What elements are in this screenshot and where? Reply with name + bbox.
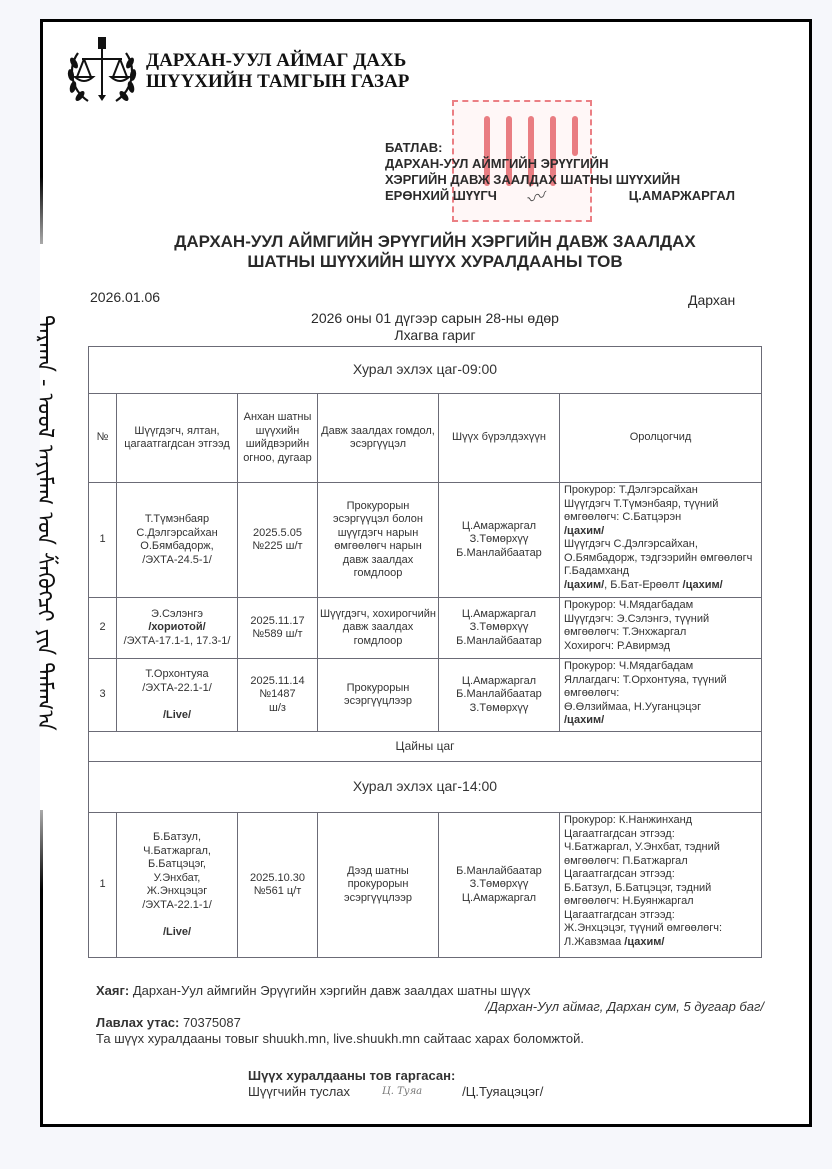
prepared-by-name: /Ц.Туяацэцэг/ bbox=[462, 1084, 543, 1100]
scales-of-justice-logo-icon bbox=[64, 33, 140, 109]
column-header: № bbox=[89, 394, 117, 483]
judge-panel: Б.МанлайбаатарЗ.ТөмөрхүүЦ.Амаржаргал bbox=[439, 813, 560, 958]
judge-panel: Ц.АмаржаргалБ.МанлайбаатарЗ.Төмөрхүү bbox=[439, 659, 560, 732]
defendants: Б.Батзул,Ч.Батжаргал,Б.Батцэцэг,У.Энхбат… bbox=[117, 813, 238, 958]
address: Дархан-Уул аймгийн Эрүүгийн хэргийн давж… bbox=[133, 983, 531, 998]
organization-name: ДАРХАН-УУЛ АЙМАГ ДАХЬ ШҮҮХИЙН ТАМГЫН ГАЗ… bbox=[146, 50, 409, 92]
table-row: 3Т.Орхонтуяа/ЭХТА-22.1-1//Live/2025.11.1… bbox=[89, 659, 762, 732]
approval-block: БАТЛАВ: ДАРХАН-УУЛ АЙМГИЙН ЭРҮҮГИЙН ХЭРГ… bbox=[385, 140, 735, 204]
session-start-0900-label: Хурал эхлэх цаг-09:00 bbox=[89, 347, 762, 394]
judge-panel: Ц.АмаржаргалЗ.ТөмөрхүүБ.Манлайбаатар bbox=[439, 483, 560, 598]
first-instance-decision: 2025.11.14№1487ш/з bbox=[238, 659, 318, 732]
prepared-by-block: Шүүх хуралдааны тов гаргасан: Шүүгчийн т… bbox=[248, 1068, 543, 1100]
appeal-basis: Прокурорын эсэргүүцэл болон шүүгдэгч нар… bbox=[318, 483, 439, 598]
participants: Прокурор: Ч.МядагбадамЯллагдагч: Т.Орхон… bbox=[560, 659, 762, 732]
case-number: 2 bbox=[89, 598, 117, 659]
frame-border-left-top bbox=[40, 19, 43, 244]
defendants: Т.ТүмэнбаярС.ДэлгэрсайханО.Бямбадорж,/ЭХ… bbox=[117, 483, 238, 598]
prepared-by-position: Шүүгчийн туслах bbox=[248, 1084, 350, 1100]
participants: Прокурор: К.НанжинхандЦагаатгагдсан этгэ… bbox=[560, 813, 762, 958]
phone-number: 70375087 bbox=[183, 1015, 241, 1030]
defendants: Э.Сэлэнгэ/хориотой//ЭХТА-17.1-1, 17.3-1/ bbox=[117, 598, 238, 659]
tea-break: Цайны цаг bbox=[89, 732, 762, 762]
prepared-by-label: Шүүх хуралдааны тов гаргасан: bbox=[248, 1068, 543, 1084]
city: Дархан bbox=[688, 292, 735, 308]
column-header: Шүүгдэгч, ялтан, цагаатгагдсан этгээд bbox=[117, 394, 238, 483]
tea-break-label: Цайны цаг bbox=[89, 732, 762, 762]
document-title: ДАРХАН-УУЛ АЙМГИЙН ЭРҮҮГИЙН ХЭРГИЙН ДАВЖ… bbox=[90, 232, 780, 272]
column-header: Шүүх бүрэлдэхүүн bbox=[439, 394, 560, 483]
title-line1: ДАРХАН-УУЛ АЙМГИЙН ЭРҮҮГИЙН ХЭРГИЙН ДАВЖ… bbox=[90, 232, 780, 252]
column-header: Давж заалдах гомдол, эсэргүүцэл bbox=[318, 394, 439, 483]
session-start-0900: Хурал эхлэх цаг-09:00 bbox=[89, 347, 762, 394]
session-date: 2026 оны 01 дүгээр сарын 28-ны өдөр bbox=[90, 310, 780, 327]
approval-position: ЕРӨНХИЙ ШҮҮГЧ bbox=[385, 188, 497, 204]
title-line2: ШАТНЫ ШҮҮХИЙН ШҮҮХ ХУРАЛДААНЫ ТОВ bbox=[90, 252, 780, 272]
first-instance-decision: 2025.10.30№561 ц/т bbox=[238, 813, 318, 958]
case-number: 1 bbox=[89, 483, 117, 598]
column-header: Анхан шатны шүүхийн шийдвэрийн огноо, ду… bbox=[238, 394, 318, 483]
address-detail: /Дархан-Уул аймаг, Дархан сум, 5 дугаар … bbox=[96, 999, 776, 1015]
session-start-1400-label: Хурал эхлэх цаг-14:00 bbox=[89, 762, 762, 813]
judge-panel: Ц.АмаржаргалЗ.ТөмөрхүүБ.Манлайбаатар bbox=[439, 598, 560, 659]
website-note: Та шүүх хуралдааны товыг shuukh.mn, live… bbox=[96, 1031, 776, 1047]
mongolian-script-side-text: ᠳᠠᠷᠬᠠᠨ - ᠤᠤᠯ ᠠᠶᠢᠮᠠᠭ ᠤᠨ ᠱᠡᠭᠦᠭᠴᠢ ᠶᠢᠨ ᠲᠠᠮᠠᠭ… bbox=[24, 235, 64, 810]
weekday: Лхагва гариг bbox=[90, 327, 780, 344]
org-name-line2: ШҮҮХИЙН ТАМГЫН ГАЗАР bbox=[146, 71, 409, 92]
phone-label: Лавлах утас: bbox=[96, 1015, 179, 1030]
frame-border-left-bottom bbox=[40, 810, 43, 1127]
session-date-block: 2026 оны 01 дүгээр сарын 28-ны өдөр Лхаг… bbox=[90, 310, 780, 344]
column-header: Оролцогчид bbox=[560, 394, 762, 483]
appeal-basis: Прокурорын эсэргүүцлээр bbox=[318, 659, 439, 732]
approval-line2: ХЭРГИЙН ДАВЖ ЗААЛДАХ ШАТНЫ ШҮҮХИЙН bbox=[385, 172, 735, 188]
participants: Прокурор: Т.ДэлгэрсайханШүүгдэгч Т.Түмэн… bbox=[560, 483, 762, 598]
hearing-schedule-table: Хурал эхлэх цаг-09:00№Шүүгдэгч, ялтан, ц… bbox=[88, 346, 762, 958]
issue-date: 2026.01.06 bbox=[90, 289, 160, 305]
appeal-basis: Шүүгдэгч, хохирогчийн давж заалдах гомдл… bbox=[318, 598, 439, 659]
defendants: Т.Орхонтуяа/ЭХТА-22.1-1//Live/ bbox=[117, 659, 238, 732]
case-number: 3 bbox=[89, 659, 117, 732]
approval-name: Ц.АМАРЖАРГАЛ bbox=[629, 188, 735, 204]
org-name-line1: ДАРХАН-УУЛ АЙМАГ ДАХЬ bbox=[146, 50, 409, 71]
table-row: 1Б.Батзул,Ч.Батжаргал,Б.Батцэцэг,У.Энхба… bbox=[89, 813, 762, 958]
approval-line1: ДАРХАН-УУЛ АЙМГИЙН ЭРҮҮГИЙН bbox=[385, 156, 735, 172]
first-instance-decision: 2025.5.05№225 ш/т bbox=[238, 483, 318, 598]
table-row: 2Э.Сэлэнгэ/хориотой//ЭХТА-17.1-1, 17.3-1… bbox=[89, 598, 762, 659]
prepared-by-signature: Ц. Туяа bbox=[382, 1084, 422, 1100]
case-number: 1 bbox=[89, 813, 117, 958]
table-header-row: №Шүүгдэгч, ялтан, цагаатгагдсан этгээдАн… bbox=[89, 394, 762, 483]
session-start-1400: Хурал эхлэх цаг-14:00 bbox=[89, 762, 762, 813]
appeal-basis: Дээд шатны прокурорын эсэргүүцлээр bbox=[318, 813, 439, 958]
table-row: 1Т.ТүмэнбаярС.ДэлгэрсайханО.Бямбадорж,/Э… bbox=[89, 483, 762, 598]
participants: Прокурор: Ч.МядагбадамШүүгдэгч: Э.Сэлэнг… bbox=[560, 598, 762, 659]
first-instance-decision: 2025.11.17№589 ш/т bbox=[238, 598, 318, 659]
address-label: Хаяг: bbox=[96, 983, 129, 998]
approval-label: БАТЛАВ: bbox=[385, 140, 735, 156]
footer-info: Хаяг: Дархан-Уул аймгийн Эрүүгийн хэргий… bbox=[96, 983, 776, 1047]
